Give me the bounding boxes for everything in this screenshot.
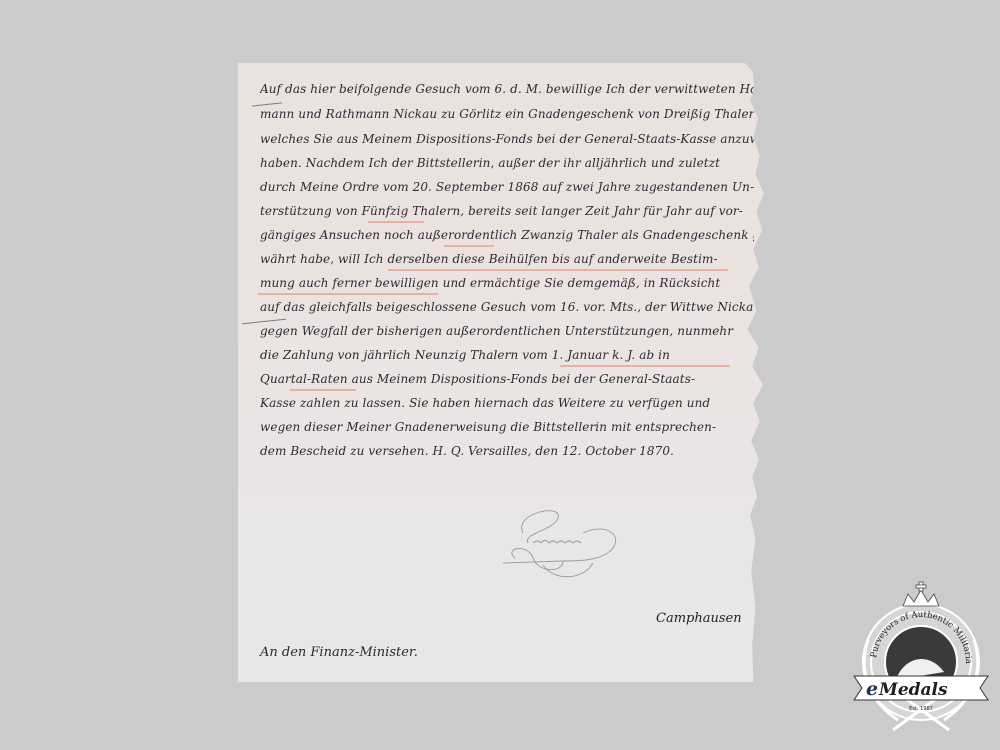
red-pencil-underline xyxy=(258,293,438,295)
letter-line-6: terstützung von Fünfzig Thalern, bereits… xyxy=(260,203,754,219)
brand-e: e xyxy=(866,678,878,700)
letter-paper: Auf das hier beifolgende Gesuch vom 6. d… xyxy=(238,63,766,682)
established-text: Est. 1987 xyxy=(909,706,933,712)
letter-line-13: Quartal-Raten aus Meinem Dispositions-Fo… xyxy=(260,371,754,387)
letter-line-10: auf das gleichfalls beigeschlossene Gesu… xyxy=(260,299,754,315)
red-pencil-underline xyxy=(560,365,730,367)
letter-line-5: durch Meine Ordre vom 20. September 1868… xyxy=(260,179,754,195)
letter-line-9: mung auch ferner bewilligen und ermächti… xyxy=(260,275,754,291)
letter-line-12: die Zahlung von jährlich Neunzig Thalern… xyxy=(260,347,754,363)
letter-line-2: mann und Rathmann Nickau zu Görlitz ein … xyxy=(260,106,754,122)
letter-line-11: gegen Wegfall der bisherigen außerordent… xyxy=(260,323,754,339)
red-pencil-underline xyxy=(444,245,494,247)
addressee-line: An den Finanz-Minister. xyxy=(260,645,418,660)
letter-line-16: dem Bescheid zu versehen. H. Q. Versaill… xyxy=(260,443,754,459)
letter-line-15: wegen dieser Meiner Gnadenerweisung die … xyxy=(260,419,754,435)
ink-countersignature: Camphausen xyxy=(656,611,742,626)
brand-medals: Medals xyxy=(878,680,948,700)
letter-line-8: währt habe, will Ich derselben diese Bei… xyxy=(260,251,754,267)
letter-line-3: welches Sie aus Meinem Dispositions-Fond… xyxy=(260,131,754,147)
letter-line-14: Kasse zahlen zu lassen. Sie haben hierna… xyxy=(260,395,754,411)
letter-line-1: Auf das hier beifolgende Gesuch vom 6. d… xyxy=(260,81,754,97)
red-pencil-underline xyxy=(368,221,424,223)
pencil-signature xyxy=(503,503,643,583)
emedals-watermark-logo: e Medals Est. 1987 Purveyors of Authenti… xyxy=(848,580,994,740)
letter-line-4: haben. Nachdem Ich der Bittstellerin, au… xyxy=(260,155,754,171)
letter-line-7: gängiges Ansuchen noch außerordentlich Z… xyxy=(260,227,754,243)
red-pencil-underline xyxy=(388,269,728,271)
red-pencil-underline xyxy=(290,389,356,391)
